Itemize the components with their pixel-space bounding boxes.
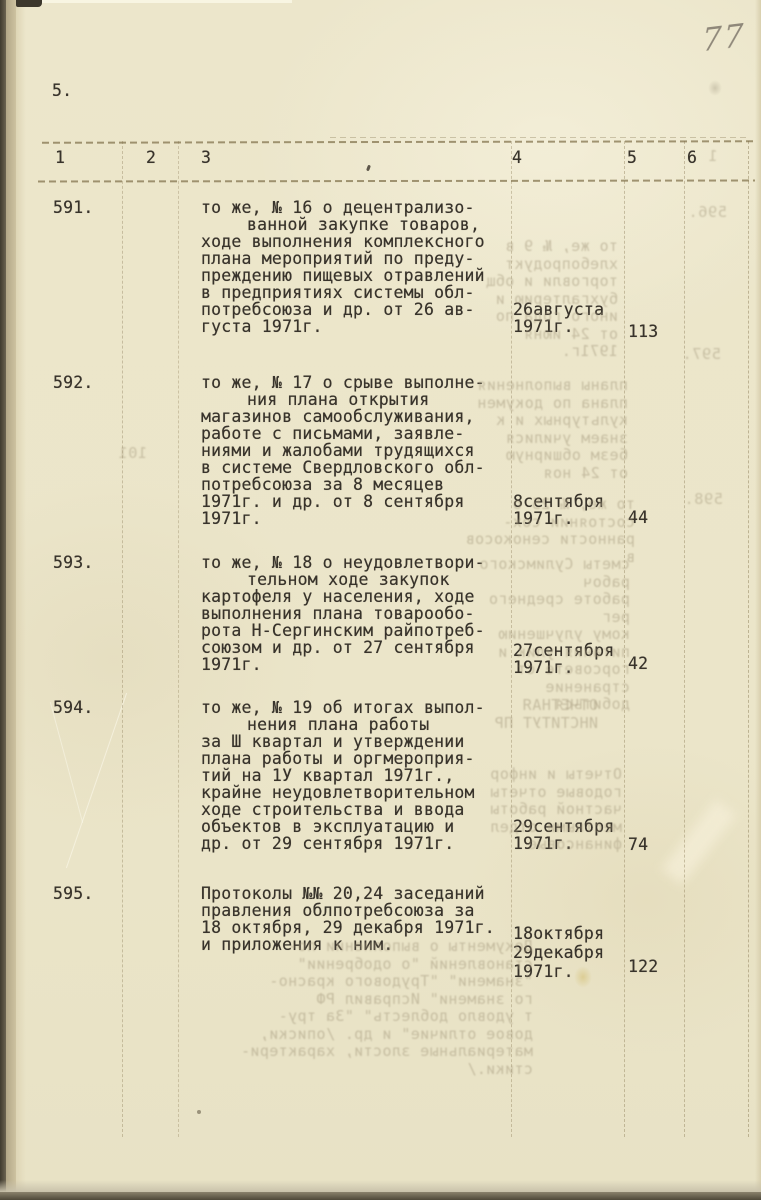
description-line: ния плана открытия: [201, 391, 485, 408]
bleedthrough-text: 1: [708, 148, 718, 166]
pencil-smudge: [708, 80, 722, 96]
page-count: 122: [628, 958, 658, 975]
column-header-6: 6: [687, 149, 697, 166]
table-rule-top: [42, 140, 755, 143]
description-line: в предприятиях системы обл-: [201, 284, 485, 301]
column-header-2: 2: [146, 149, 156, 166]
description-line: магазинов самообслуживания,: [201, 408, 485, 425]
bleedthrough-text: 596.: [688, 204, 727, 222]
column-divider: [748, 141, 749, 1137]
table-rule-top-echo: [330, 137, 750, 138]
description-line: тий на 1У квартал 1971г.,: [201, 767, 485, 784]
description-line: др. от 29 сентября 1971г.: [201, 835, 485, 852]
row-number: 592.: [53, 374, 94, 391]
description-line: объектов в эксплуатацию и: [201, 818, 485, 835]
description-line: плана работы и оргмероприя-: [201, 750, 485, 767]
bleedthrough-text: сметы Сулимского рабоч работе среднего р…: [455, 556, 630, 714]
row-number: 591.: [53, 199, 94, 216]
description-line: 1971г. и др. от 8 сентября: [201, 493, 485, 510]
description-line: ниями и жалобами трудящихся: [201, 442, 485, 459]
column-divider: [684, 141, 685, 1137]
paper-left-edge: [6, 0, 16, 1200]
table-rule-bottom: [38, 179, 755, 182]
column-header-5: 5: [627, 149, 637, 166]
row-number: 593.: [53, 554, 94, 571]
paper-right-edge: [755, 0, 761, 1200]
description-line: в системе Свердловского обл-: [201, 459, 485, 476]
description-line: рота Н-Сергинским райпотреб-: [201, 622, 485, 639]
description-line: за Ш квартал и утверждении: [201, 733, 485, 750]
description-line: выполнения плана товарообо-: [201, 605, 485, 622]
column-header-1: 1: [55, 149, 65, 166]
description-line: ходе выполнения комплексного: [201, 233, 485, 250]
ink-speck: [366, 165, 371, 172]
column-header-4: 4: [512, 149, 522, 166]
section-number: 5.: [52, 82, 72, 99]
description-line: то же, № 16 о децентрализо-: [201, 199, 485, 216]
description-line: тельном ходе закупок: [201, 571, 485, 588]
document-page-scan: 77 5. 1 2 3 4 5 6 591. то же, № 16 о дец…: [0, 0, 761, 1200]
row-description: то же, № 19 об итогах выпол- нения плана…: [201, 699, 485, 852]
description-line: Протоколы №№ 20,24 заседаний: [201, 885, 495, 902]
column-header-3: 3: [201, 149, 211, 166]
paper-scratch: [66, 693, 127, 868]
description-line: густа 1971г.: [201, 318, 485, 335]
description-line: крайне неудовлетворительном: [201, 784, 485, 801]
description-line: правления облпотребсоюза за: [201, 902, 495, 919]
description-line: 1971г.: [201, 510, 485, 527]
description-line: союзом и др. от 27 сентября: [201, 639, 485, 656]
description-line: 18 октября, 29 декабря 1971г.: [201, 919, 495, 936]
description-line: то же, № 17 о срыве выполне-: [201, 374, 485, 391]
bleedthrough-text: планы выполнения плана по докумен культу…: [468, 377, 628, 482]
row-description: то же, № 18 о неудовлетвори- тельном ход…: [201, 554, 485, 673]
description-line: ванной закупке товаров,: [201, 216, 485, 233]
row-number: 595.: [53, 885, 94, 902]
bleedthrough-text: ОТЧЕТНАЯ ИНСТИТУТ ПР: [468, 697, 598, 732]
bleedthrough-text: 101: [118, 445, 147, 463]
column-divider: [178, 141, 179, 1137]
paper-streak: [662, 799, 737, 884]
paper-corner-notch: [16, 0, 42, 7]
paper-scratch: [50, 702, 83, 823]
folio-number: 77: [702, 17, 746, 59]
description-line: ходе строительства и ввода: [201, 801, 485, 818]
row-description: то же, № 16 о децентрализо- ванной закуп…: [201, 199, 485, 335]
page-count: 74: [628, 836, 648, 853]
row-number: 594.: [53, 699, 94, 716]
bleedthrough-text: 598.: [684, 491, 723, 509]
description-line: преждению пищевых отравлений: [201, 267, 485, 284]
description-line: потребсоюза за 8 месяцев: [201, 476, 485, 493]
ink-speck: [197, 1110, 201, 1114]
page-count: 42: [628, 655, 648, 672]
paper-bottom-shadow: [0, 1192, 761, 1200]
description-line: то же, № 18 о неудовлетвори-: [201, 554, 485, 571]
paper-left-edge-highlight: [16, 0, 26, 1200]
description-line: нения плана работы: [201, 716, 485, 733]
bleedthrough-text: то же, № 9 в хлебопродукт торговли и общ…: [468, 238, 618, 361]
description-line: плана мероприятий по преду-: [201, 250, 485, 267]
description-line: потребсоюза и др. от 26 ав-: [201, 301, 485, 318]
paper-bottom-edge: [0, 1180, 761, 1192]
description-line: 1971г.: [201, 656, 485, 673]
description-line: картофеля у населения, ходе: [201, 588, 485, 605]
paper-top-edge: [42, 0, 292, 3]
row-description: то же, № 17 о срыве выполне- ния плана о…: [201, 374, 485, 527]
page-count: 113: [628, 323, 658, 340]
bleedthrough-text: Отчеты и инфор годовые отчеты частной ра…: [450, 766, 622, 854]
column-divider: [122, 141, 123, 1137]
bleedthrough-text: 597.: [682, 346, 721, 364]
description-line: то же, № 19 об итогах выпол-: [201, 699, 485, 716]
description-line: работе с письмами, заявле-: [201, 425, 485, 442]
bleedthrough-text: Документы о выполнении по- становлений "…: [215, 938, 533, 1078]
